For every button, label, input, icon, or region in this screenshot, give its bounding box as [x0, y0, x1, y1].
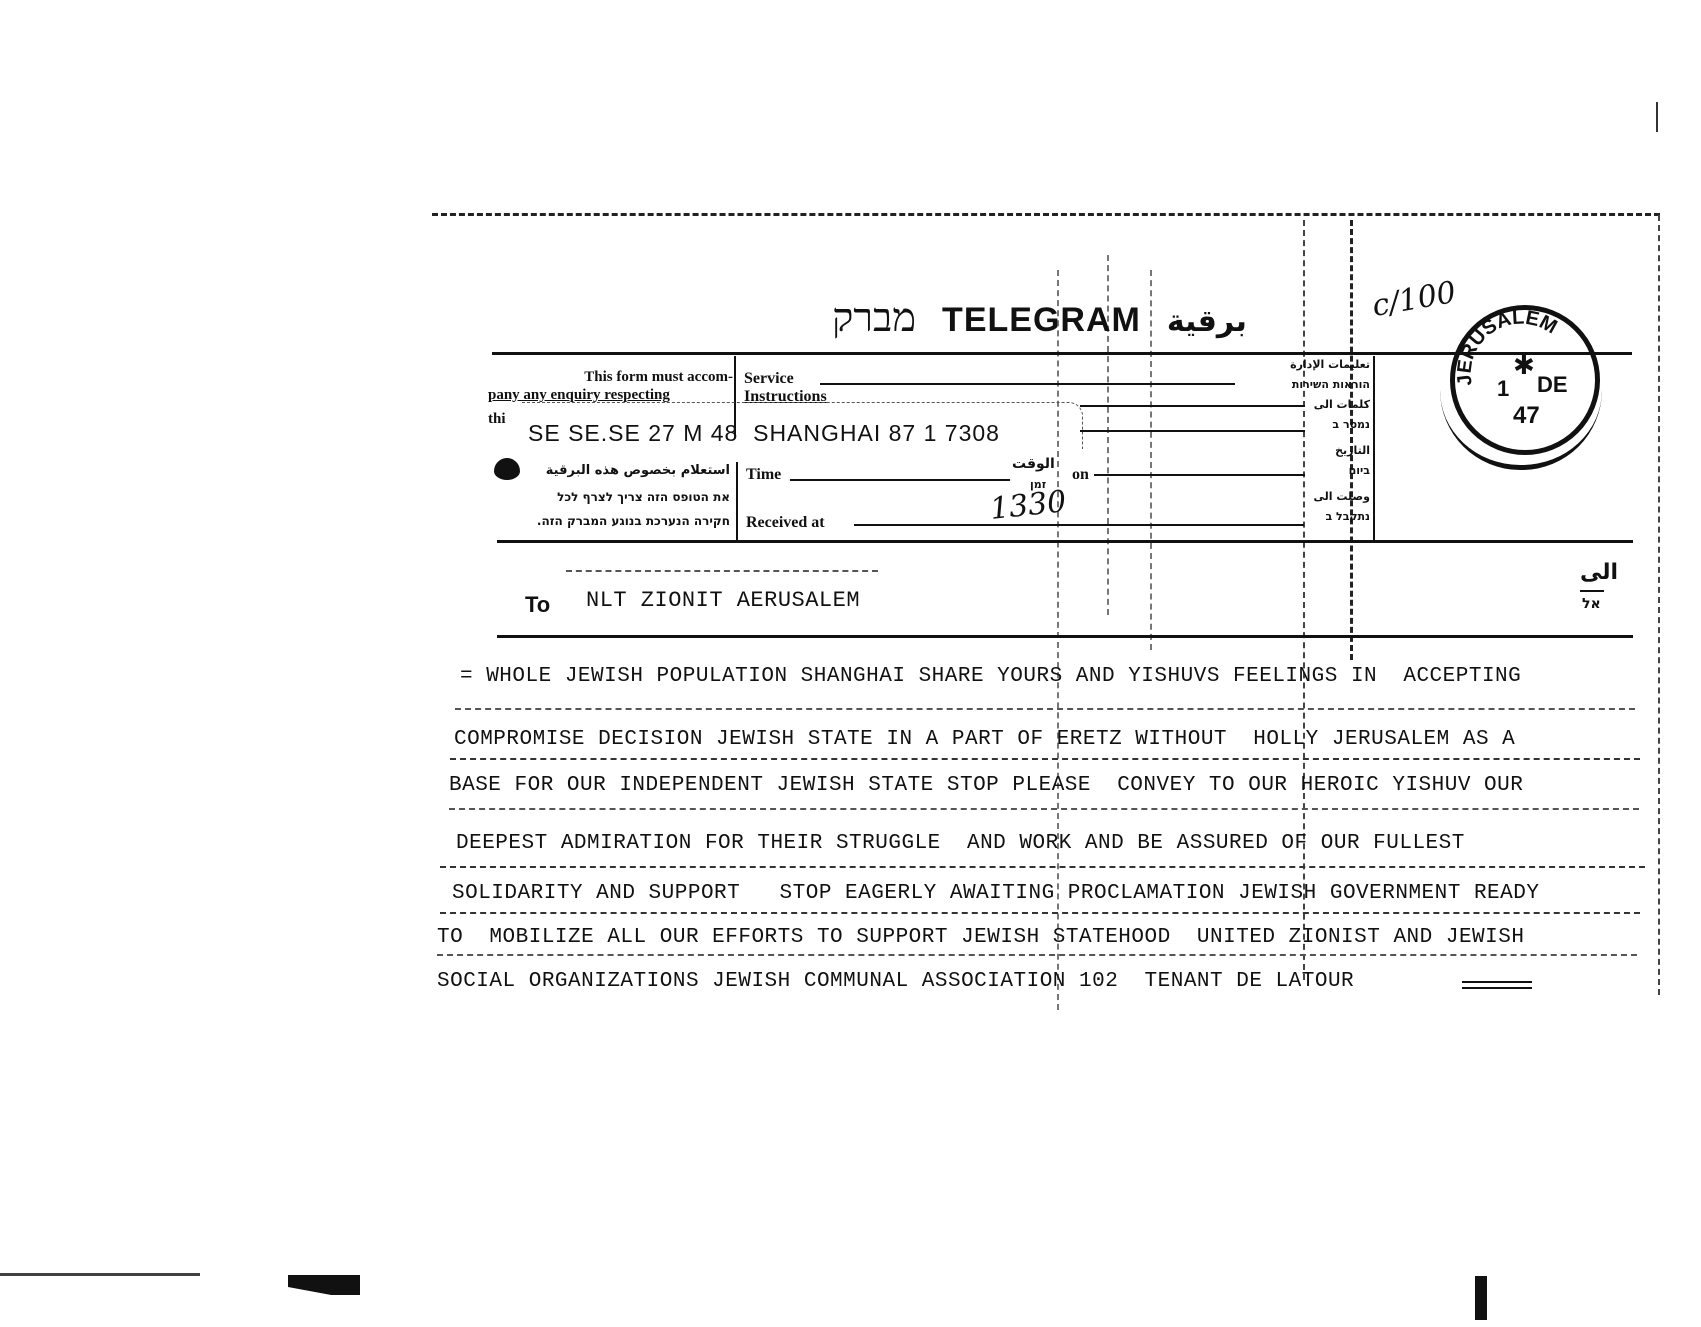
form-top-border: [432, 213, 1660, 216]
to-label: To: [525, 592, 550, 618]
message-underline: [455, 708, 1635, 710]
handwritten-number: c/100: [1370, 275, 1459, 324]
time-label: Time: [746, 466, 781, 484]
notice-divider-lower: [736, 462, 738, 540]
time-arabic: الوقت: [1012, 456, 1055, 472]
on-label: on: [1072, 466, 1089, 484]
right-label: كلمات الى: [1230, 398, 1370, 418]
corner-mark-arabic: الى: [1580, 560, 1618, 585]
right-label: נמסר ב: [1230, 418, 1370, 444]
message-underline: [450, 758, 1640, 760]
received-at-label: Received at: [746, 514, 825, 532]
message-underline: [440, 866, 1645, 868]
notice-arabic: استعلام بخصوص هذه البرقية: [530, 463, 730, 478]
address-rule: [497, 540, 1633, 543]
to-address: NLT ZIONIT AERUSALEM: [586, 588, 860, 613]
right-label: وصلت الى: [1230, 490, 1370, 510]
corner-mark-bar: [1580, 590, 1604, 592]
corner-mark-hebrew: אל: [1582, 596, 1601, 612]
message-line: SOLIDARITY AND SUPPORT STOP EAGERLY AWAI…: [452, 882, 1539, 905]
right-column-divider: [1373, 356, 1375, 540]
header-rule: [492, 352, 1632, 355]
message-top-rule: [497, 635, 1633, 638]
time-line: [790, 479, 1010, 481]
telegram-header: מברק TELEGRAM برقية: [832, 294, 1247, 341]
notice-english-1: This form must accom-: [488, 368, 733, 386]
right-label: נתקבל ב: [1230, 510, 1370, 530]
message-line: TO MOBILIZE ALL OUR EFFORTS TO SUPPORT J…: [437, 926, 1524, 949]
scan-artifact-right-bar: [1475, 1276, 1487, 1320]
right-labels-column: تعليمات الإدارة הוראות השירות كلمات الى …: [1230, 358, 1370, 530]
header-hebrew: מברק: [832, 294, 916, 341]
header-arabic: برقية: [1167, 304, 1247, 339]
message-line: BASE FOR OUR INDEPENDENT JEWISH STATE ST…: [449, 774, 1523, 797]
stamp-outer-arc: [1440, 330, 1602, 470]
scan-artifact-left-blot: [288, 1275, 360, 1295]
header-english: TELEGRAM: [942, 301, 1141, 340]
notice-hebrew-2: חקירה הנערכת בנוגע המברק הזה.: [490, 514, 730, 528]
message-underline: [449, 808, 1639, 810]
message-line: = WHOLE JEWISH POPULATION SHANGHAI SHARE…: [460, 665, 1521, 688]
serial-line: SE SE.SE 27 M 48 SHANGHAI 87 1 7308: [528, 420, 1000, 447]
message-line: DEEPEST ADMIRATION FOR THEIR STRUGGLE AN…: [456, 832, 1465, 855]
struck-out-text: [1462, 981, 1532, 989]
scan-artifact-top-right: [1656, 102, 1658, 132]
form-right-border: [1658, 215, 1660, 995]
right-label: التاريخ: [1230, 444, 1370, 464]
scan-artifact-left: [0, 1273, 200, 1276]
service-line: [820, 383, 1235, 385]
right-label: הוראות השירות: [1230, 378, 1370, 398]
service-label: Service: [744, 370, 794, 388]
message-underline: [437, 954, 1637, 956]
ink-blot: [494, 458, 520, 480]
message-line: SOCIAL ORGANIZATIONS JEWISH COMMUNAL ASS…: [437, 970, 1354, 993]
message-line: COMPROMISE DECISION JEWISH STATE IN A PA…: [454, 728, 1515, 751]
right-label: ביום: [1230, 464, 1370, 490]
message-underline: [440, 912, 1640, 914]
right-label: تعليمات الإدارة: [1230, 358, 1370, 378]
notice-hebrew-1: את הטופס הזה צריך לצרף לכל: [490, 490, 730, 504]
address-dash: [566, 570, 878, 572]
